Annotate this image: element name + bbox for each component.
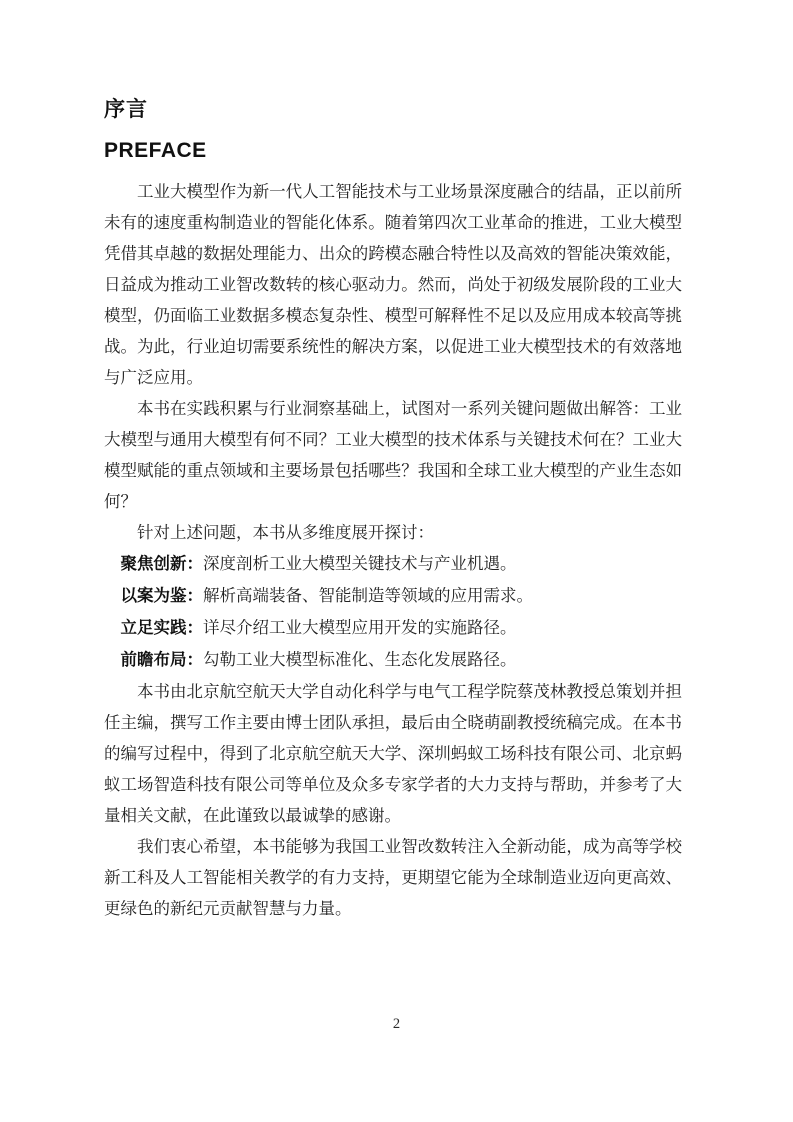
point-text: 深度剖析工业大模型关键技术与产业机遇。 <box>203 554 517 573</box>
point-item: 聚焦创新：深度剖析工业大模型关键技术与产业机遇。 <box>104 548 682 580</box>
page-content: 序言 PREFACE 工业大模型作为新一代人工智能技术与工业场景深度融合的结晶，… <box>104 96 682 924</box>
paragraph-acknowledgement: 本书由北京航空航天大学自动化科学与电气工程学院蔡茂林教授总策划并担任主编，撰写工… <box>104 676 682 831</box>
point-label: 以案为鉴： <box>121 587 204 605</box>
paragraph-discussion-lead: 针对上述问题，本书从多维度展开探讨： <box>104 517 682 548</box>
body-text: 工业大模型作为新一代人工智能技术与工业场景深度融合的结晶，正以前所未有的速度重构… <box>104 176 682 924</box>
point-label: 聚焦创新： <box>121 555 204 573</box>
point-item: 以案为鉴：解析高端装备、智能制造等领域的应用需求。 <box>104 580 682 612</box>
point-label: 立足实践： <box>121 619 204 637</box>
page-subtitle: PREFACE <box>104 138 682 164</box>
paragraph-closing: 我们衷心希望，本书能够为我国工业智改数转注入全新动能，成为高等学校新工科及人工智… <box>104 831 682 924</box>
point-text: 勾勒工业大模型标准化、生态化发展路径。 <box>203 650 517 669</box>
document-page: 序言 PREFACE 工业大模型作为新一代人工智能技术与工业场景深度融合的结晶，… <box>0 0 793 1122</box>
point-item: 前瞻布局：勾勒工业大模型标准化、生态化发展路径。 <box>104 644 682 676</box>
page-number: 2 <box>0 1016 793 1033</box>
point-label: 前瞻布局： <box>121 651 204 669</box>
point-text: 解析高端装备、智能制造等领域的应用需求。 <box>203 586 533 605</box>
paragraph-questions: 本书在实践积累与行业洞察基础上，试图对一系列关键问题做出解答：工业大模型与通用大… <box>104 393 682 517</box>
page-title: 序言 <box>104 96 682 124</box>
paragraph-intro: 工业大模型作为新一代人工智能技术与工业场景深度融合的结晶，正以前所未有的速度重构… <box>104 176 682 393</box>
point-text: 详尽介绍工业大模型应用开发的实施路径。 <box>203 618 517 637</box>
point-item: 立足实践：详尽介绍工业大模型应用开发的实施路径。 <box>104 612 682 644</box>
